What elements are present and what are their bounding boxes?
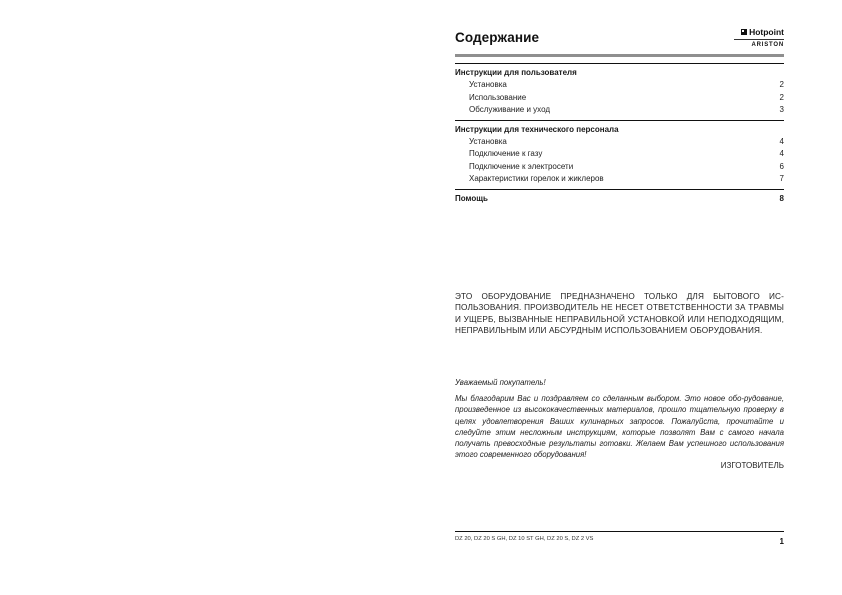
toc-item[interactable]: Подключение к газу 4 [455,148,784,161]
toc-item-label: Подключение к газу [469,148,542,161]
toc-section-heading[interactable]: Инструкции для технического персонала [455,124,784,136]
letter-signature: ИЗГОТОВИТЕЛЬ [721,461,784,470]
footer-rule [455,531,784,532]
toc-section-title: Инструкции для пользователя [455,67,577,79]
logo-top-row: Hotpoint [728,27,784,37]
page-title: Содержание [455,30,539,45]
toc-item-page: 6 [780,161,784,174]
toc-item-page: 4 [780,148,784,161]
manual-page: Содержание Hotpoint ARISTON Инструкции д… [455,0,784,595]
toc-item-label: Использование [469,92,526,105]
toc-section-help: Помощь 8 [455,189,784,208]
toc-section-technical: Инструкции для технического персонала Ус… [455,120,784,189]
toc-section-heading[interactable]: Помощь 8 [455,193,784,205]
toc-item-page: 2 [780,79,784,92]
safety-warning: ЭТО ОБОРУДОВАНИЕ ПРЕДНАЗНАЧЕНО ТОЛЬКО ДЛ… [455,291,784,336]
logo-brand-bottom: ARISTON [728,42,784,48]
toc-item[interactable]: Установка 4 [455,136,784,149]
header-rule [455,54,784,57]
toc-item-page: 3 [780,104,784,117]
page-header: Содержание Hotpoint ARISTON [455,27,784,57]
toc-item-page: 2 [780,92,784,105]
toc-item-page: 7 [780,173,784,186]
page-number: 1 [780,537,784,546]
toc-section-title: Инструкции для технического персонала [455,124,619,136]
toc-item-label: Установка [469,136,507,149]
toc-item[interactable]: Характеристики горелок и жиклеров 7 [455,173,784,186]
toc-item[interactable]: Использование 2 [455,92,784,105]
letter-greeting: Уважаемый покупатель! [455,378,784,387]
toc-item[interactable]: Установка 2 [455,79,784,92]
toc-item[interactable]: Подключение к электросети 6 [455,161,784,174]
brand-logo: Hotpoint ARISTON [728,27,784,48]
toc-section-heading[interactable]: Инструкции для пользователя [455,67,784,79]
toc-item[interactable]: Обслуживание и уход 3 [455,104,784,117]
toc-item-label: Характеристики горелок и жиклеров [469,173,604,186]
letter-body: Мы благодарим Вас и поздравляем со сдела… [455,393,784,461]
toc-section-title: Помощь [455,193,488,205]
footer-models: DZ 20, DZ 20 S GH, DZ 10 ST GH, DZ 20 S,… [455,536,593,542]
toc-section-page: 8 [780,193,784,205]
logo-brand-top: Hotpoint [749,27,784,37]
logo-divider [734,39,784,40]
toc-item-label: Установка [469,79,507,92]
table-of-contents: Инструкции для пользователя Установка 2 … [455,63,784,208]
hotpoint-square-icon [741,29,747,35]
toc-section-user: Инструкции для пользователя Установка 2 … [455,63,784,120]
toc-item-label: Обслуживание и уход [469,104,550,117]
toc-item-label: Подключение к электросети [469,161,573,174]
toc-item-page: 4 [780,136,784,149]
